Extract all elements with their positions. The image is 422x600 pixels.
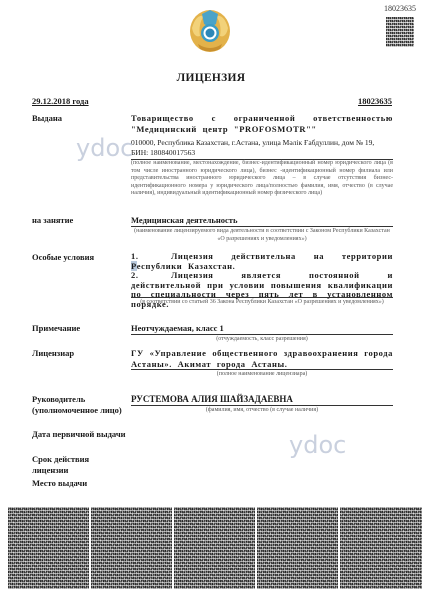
divider [131,226,393,227]
divider [131,405,393,406]
licensor-value: ГУ «Управление общественного здравоохран… [131,348,393,369]
remark-note: (отчуждаемость, класс разрешения) [131,336,393,344]
remark-value: Неотчуждаемая, класс 1 [131,323,393,334]
head-label: Руководитель (уполномоченное лицо) [32,394,122,416]
licensor-note: (полное наименование лицензиара) [131,371,393,379]
licensee-bin: БИН: 180840017563 [131,148,393,159]
license-number: 18023635 [358,96,392,106]
activity-value: Медицинская деятельность [131,215,393,226]
barcode-block [257,507,338,589]
condition-item: 1.Лицензия действительна на территории Р… [131,252,393,271]
divider [131,369,393,370]
first-issue-date-label: Дата первичной выдачи [32,429,126,440]
issued-to-note: (полное наименование, местонахождение, б… [131,160,393,198]
remark-label: Примечание [32,323,80,334]
special-conditions-label: Особые условия [32,252,94,263]
issue-date: 29.12.2018 года [32,96,89,106]
document-title: ЛИЦЕНЗИЯ [0,72,422,84]
watermark: ydoc [76,134,133,162]
barcode-block [174,507,255,589]
divider [131,334,393,335]
special-conditions-note: (в соответствии со статьей 36 Закона Рес… [131,299,393,307]
barcode-block [91,507,172,589]
head-value: РУСТЕМОВА АЛИЯ ШАЙЗАДАЕВНА [131,394,393,405]
validity-label: Срок действия лицензии [32,454,89,476]
licensor-label: Лицензиар [32,348,74,359]
place-of-issue-label: Место выдачи [32,478,87,489]
barcode-block [340,507,422,589]
licensee-name: Товарищество с ограниченной ответственно… [131,113,393,134]
activity-label: на занятие [32,215,73,226]
divider [131,297,393,298]
barcode-block [8,507,89,589]
licensee-address: 010000, Республика Казахстан, г.Астана, … [131,138,393,149]
head-note: (фамилия, имя, отчество (в случае наличи… [131,407,393,415]
watermark: ydoc [289,431,346,459]
issued-to-label: Выдана [32,113,62,124]
top-document-number: 18023635 [384,4,416,13]
state-emblem-icon [188,8,232,54]
activity-note: (наименование лицензируемого вида деятел… [131,228,393,243]
qr-code-icon [386,17,414,47]
